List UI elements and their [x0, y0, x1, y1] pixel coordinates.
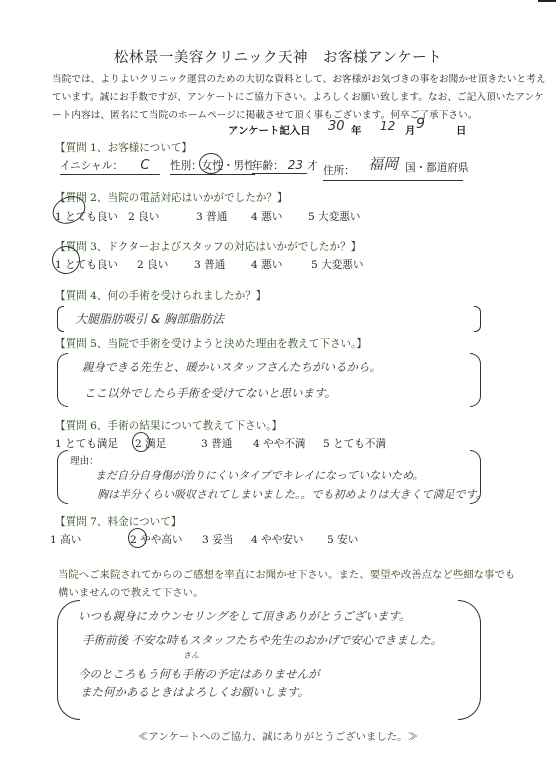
q7-option-4[interactable]: 4 やや安い [251, 532, 303, 547]
q3-heading: 【質問 3、ドクターおよびスタッフの対応はいかがでしたか？】 [55, 239, 361, 254]
date-year-unit: 年 [351, 122, 361, 137]
date-label: アンケート記入日 [228, 122, 311, 137]
intro-line-2: ています。誠にお手数ですが、アンケートにご協力下さい。よろしくお願い致します。な… [52, 89, 544, 103]
q6-bracket-left [57, 450, 68, 504]
date-month-unit: 月 [405, 122, 415, 137]
q4-heading: 【質問 4、何の手術を受けられましたか？】 [55, 288, 266, 303]
initial-label: イニシャル： [60, 160, 123, 172]
address-field[interactable]: 住所： 福岡 国・都道府県 [323, 158, 463, 181]
gender-selected-circle [199, 153, 223, 174]
q3-option-3[interactable]: 3 普通 [194, 257, 225, 272]
comments-answer-line-1[interactable]: いつも親身にカウンセリングをして頂きありがとうございます。 [78, 608, 410, 624]
q7-option-3[interactable]: 3 妥当 [202, 532, 233, 547]
q4-bracket-right [474, 306, 481, 332]
q7-selected-circle [128, 528, 147, 548]
gender-label: 性別： [170, 160, 202, 172]
comments-prompt-line-1: 当院へご来院されてからのご感想を率直にお聞かせ下さい。また、要望や改善点など些細… [58, 566, 515, 581]
q3-option-2[interactable]: 2 良い [137, 257, 168, 272]
address-label: 住所： [323, 165, 355, 177]
q2-option-3[interactable]: 3 普通 [196, 209, 227, 224]
q2-option-2[interactable]: 2 良い [128, 209, 159, 224]
q1-heading: 【質問 1、お客様について】 [55, 140, 192, 155]
q6-reason-line-1[interactable]: まだ自分自身傷が治りにくいタイプでキレイになっていないため。 [95, 467, 424, 483]
age-label: 年齢： [252, 160, 284, 172]
q6-reason-label: 理由： [70, 453, 99, 467]
q5-answer-line-2[interactable]: ここ以外でしたら手術を受けてないと思います。 [84, 385, 336, 401]
q7-heading: 【質問 7、料金について】 [55, 514, 181, 529]
initial-field[interactable]: イニシャル： C [60, 158, 160, 175]
survey-page: 松林景一美容クリニック天神 お客様アンケート 当院では、よりよいクリニック運営の… [0, 0, 556, 764]
age-unit: 才 [307, 160, 318, 172]
date-month[interactable]: 12 [380, 119, 395, 133]
q7-option-5[interactable]: 5 安い [327, 532, 358, 547]
comments-insert-note: さん [183, 650, 199, 661]
q4-answer[interactable]: 大腿脂肪吸引 & 胸部脂肪法 [75, 310, 224, 327]
q2-option-4[interactable]: 4 悪い [251, 209, 282, 224]
comments-prompt-line-2: 構いませんので教えて下さい。 [58, 584, 203, 599]
intro-line-1: 当院では、よりよいクリニック運営のための大切な資料として、お客様がお気づきの事を… [52, 71, 546, 85]
q6-option-3[interactable]: 3 普通 [201, 436, 232, 451]
q2-option-5[interactable]: 5 大変悪い [308, 209, 360, 224]
scan-edge-mark [538, 0, 556, 2]
q7-option-1[interactable]: 1 高い [50, 532, 81, 547]
q5-bracket-left [57, 353, 68, 407]
age-value: 23 [288, 158, 303, 172]
date-day[interactable]: 9 [416, 116, 425, 132]
q2-heading: 【質問 2、当院の電話対応はいかがでしたか？】 [55, 190, 288, 205]
q6-heading: 【質問 6、手術の結果について教えて下さい。】 [55, 418, 282, 433]
comments-answer-line-2[interactable]: 手術前後 不安な時もスタッフたちや先生のおかげで安心できました。 [82, 632, 442, 648]
initial-value: C [140, 158, 149, 173]
date-day-unit: 日 [456, 122, 466, 137]
comments-answer-line-3[interactable]: 今のところもう何も手術の予定はありませんが [78, 666, 320, 682]
q5-answer-line-1[interactable]: 親身できる先生と、暖かいスタッフさんたちがいるから。 [82, 359, 381, 375]
survey-title: 松林景一美容クリニック天神 お客様アンケート [0, 46, 556, 67]
q3-option-4[interactable]: 4 悪い [251, 257, 282, 272]
comments-answer-line-4[interactable]: また何かあるときはよろしくお願いします。 [80, 684, 309, 700]
q6-selected-circle [132, 432, 150, 452]
comments-bracket-right [458, 600, 481, 720]
footer-thanks: ≪アンケートへのご協力、誠にありがとうございました。≫ [0, 728, 556, 743]
q3-option-5[interactable]: 5 大変悪い [311, 257, 363, 272]
q5-bracket-right [470, 353, 481, 407]
q6-option-1[interactable]: 1 とても満足 [55, 436, 118, 451]
intro-line-3: ート内容は、匿名にて当院のホームページに掲載させて頂く事もございます。何卒ご了承… [52, 107, 478, 121]
q5-heading: 【質問 5、当院で手術を受けようと決めた理由を教えて下さい。】 [55, 336, 367, 351]
q6-option-5[interactable]: 5 とても不満 [323, 436, 386, 451]
date-year[interactable]: 30 [328, 119, 345, 134]
address-suffix: 国・都道府県 [405, 160, 469, 175]
address-value: 福岡 [368, 155, 398, 173]
comments-bracket-left [57, 600, 80, 720]
q6-option-4[interactable]: 4 やや不満 [253, 436, 305, 451]
age-field[interactable]: 年齢：23才 [252, 158, 318, 173]
q6-reason-line-2[interactable]: 胸は半分くらい吸収されてしまいました。。でも初めよりは大きくて満足です。 [97, 486, 487, 502]
q4-bracket-left [57, 306, 64, 332]
